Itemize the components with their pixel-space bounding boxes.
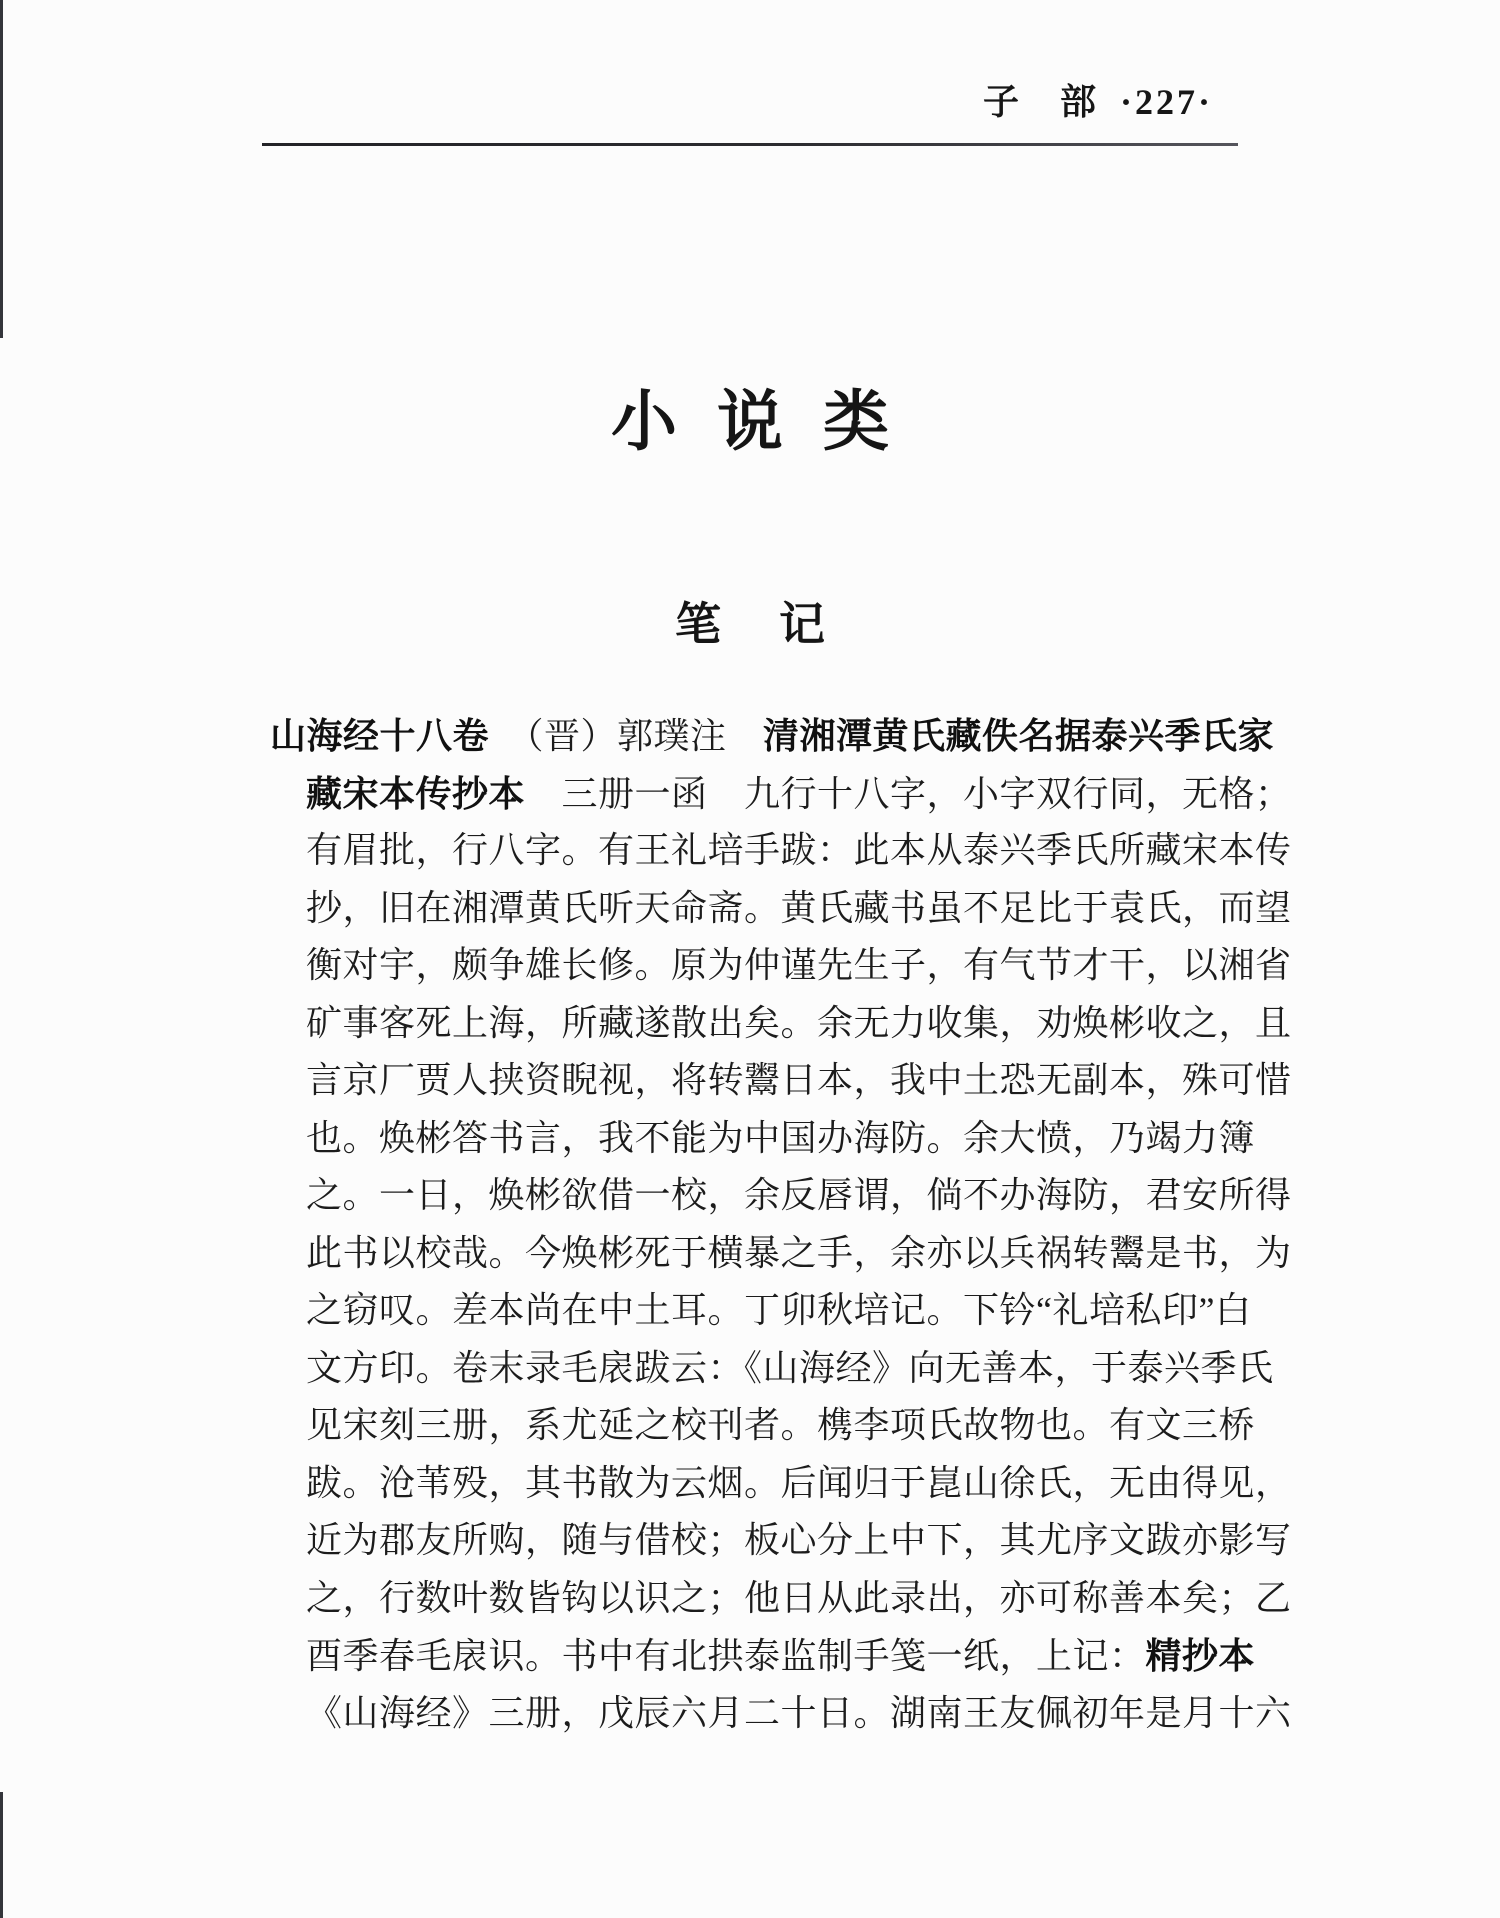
text-segment: 此书以校哉。今焕彬死于横暴之手，余亦以兵祸转鬻是书，为: [306, 1233, 1292, 1273]
text-segment: 矿事客死上海，所藏遂散出矣。余无力收集，劝焕彬收之，且: [306, 1003, 1292, 1043]
text-segment: 近为郡友所购，随与借校；板心分上中下，其尤序文跋亦影写: [306, 1520, 1292, 1560]
text-segment: 见宋刻三册，系尤延之校刊者。槜李项氏故物也。有文三桥: [306, 1405, 1255, 1445]
body-line: 也。焕彬答书言，我不能为中国办海防。余大愤，乃竭力簿: [270, 1110, 1290, 1168]
text-segment: （晋）郭璞注: [489, 716, 763, 756]
body-line: 此书以校哉。今焕彬死于横暴之手，余亦以兵祸转鬻是书，为: [270, 1225, 1290, 1283]
text-segment: 酉季春毛扆识。书中有北拱泰监制手笺一纸，上记：: [306, 1636, 1146, 1676]
bold-text-segment: 精抄本: [1146, 1635, 1256, 1676]
text-segment: 之窃叹。差本尚在中土耳。丁卯秋培记。下钤“礼培私印”白: [306, 1290, 1251, 1330]
body-line: 言京厂贾人挟资睨视，将转鬻日本，我中土恐无副本，殊可惜: [270, 1052, 1290, 1110]
bold-text-segment: 藏宋本传抄本: [306, 773, 525, 814]
text-segment: 三册一函 九行十八字，小字双行同，无格；: [525, 774, 1292, 814]
body-line: 抄，旧在湘潭黄氏听天命斋。黄氏藏书虽不足比于袁氏，而望: [270, 880, 1290, 938]
text-segment: 《山海经》三册，戊辰六月二十日。湖南王友佩初年是月十六: [306, 1693, 1292, 1733]
body-line: 藏宋本传抄本 三册一函 九行十八字，小字双行同，无格；: [270, 765, 1290, 823]
body-line: 之。一日，焕彬欲借一校，余反唇谓，倘不办海防，君安所得: [270, 1167, 1290, 1225]
text-segment: 言京厂贾人挟资睨视，将转鬻日本，我中土恐无副本，殊可惜: [306, 1060, 1292, 1100]
body-line: 酉季春毛扆识。书中有北拱泰监制手笺一纸，上记：精抄本: [270, 1627, 1290, 1685]
scan-edge-artifact-bottom: [0, 1792, 3, 1918]
running-header: 子 部·227·: [983, 74, 1213, 125]
body-line: 跋。沧苇殁，其书散为云烟。后闻归于崑山徐氏，无由得见，: [270, 1455, 1290, 1513]
body-line: 山海经十八卷 （晋）郭璞注 清湘潭黄氏藏佚名据泰兴季氏家: [270, 707, 1290, 765]
page-number: ·227·: [1120, 82, 1213, 122]
scan-edge-artifact-top: [0, 0, 3, 338]
body-line: 之窃叹。差本尚在中土耳。丁卯秋培记。下钤“礼培私印”白: [270, 1282, 1290, 1340]
entry-paragraph: 山海经十八卷 （晋）郭璞注 清湘潭黄氏藏佚名据泰兴季氏家藏宋本传抄本 三册一函 …: [270, 707, 1290, 1742]
header-rule: [262, 143, 1238, 146]
body-line: 有眉批，行八字。有王礼培手跋：此本从泰兴季氏所藏宋本传: [270, 822, 1290, 880]
text-segment: 文方印。卷末录毛扆跋云：《山海经》向无善本，于泰兴季氏: [306, 1348, 1274, 1388]
text-segment: 衡对宇，颇争雄长修。原为仲谨先生子，有气节才干，以湘省: [306, 945, 1292, 985]
body-line: 见宋刻三册，系尤延之校刊者。槜李项氏故物也。有文三桥: [270, 1397, 1290, 1455]
bold-text-segment: 山海经十八卷: [270, 715, 489, 756]
scanned-book-page: 子 部·227· 小说类 笔 记 山海经十八卷 （晋）郭璞注 清湘潭黄氏藏佚名据…: [0, 0, 1500, 1918]
text-segment: 也。焕彬答书言，我不能为中国办海防。余大愤，乃竭力簿: [306, 1118, 1255, 1158]
body-line: 文方印。卷末录毛扆跋云：《山海经》向无善本，于泰兴季氏: [270, 1340, 1290, 1398]
subcategory-title: 笔 记: [0, 588, 1500, 654]
body-line: 衡对宇，颇争雄长修。原为仲谨先生子，有气节才干，以湘省: [270, 937, 1290, 995]
bold-text-segment: 清湘潭黄氏藏佚名据泰兴季氏家: [763, 715, 1274, 756]
body-line: 《山海经》三册，戊辰六月二十日。湖南王友佩初年是月十六: [270, 1685, 1290, 1743]
text-segment: 之，行数叶数皆钩以识之；他日从此录出，亦可称善本矣；乙: [306, 1578, 1292, 1618]
body-line: 矿事客死上海，所藏遂散出矣。余无力收集，劝焕彬收之，且: [270, 995, 1290, 1053]
body-line: 近为郡友所购，随与借校；板心分上中下，其尤序文跋亦影写: [270, 1512, 1290, 1570]
body-line: 之，行数叶数皆钩以识之；他日从此录出，亦可称善本矣；乙: [270, 1570, 1290, 1628]
category-title: 小说类: [0, 368, 1500, 463]
text-segment: 有眉批，行八字。有王礼培手跋：此本从泰兴季氏所藏宋本传: [306, 830, 1292, 870]
text-segment: 之。一日，焕彬欲借一校，余反唇谓，倘不办海防，君安所得: [306, 1175, 1292, 1215]
section-label: 子 部: [983, 82, 1112, 122]
text-segment: 跋。沧苇殁，其书散为云烟。后闻归于崑山徐氏，无由得见，: [306, 1463, 1292, 1503]
text-segment: 抄，旧在湘潭黄氏听天命斋。黄氏藏书虽不足比于袁氏，而望: [306, 888, 1292, 928]
